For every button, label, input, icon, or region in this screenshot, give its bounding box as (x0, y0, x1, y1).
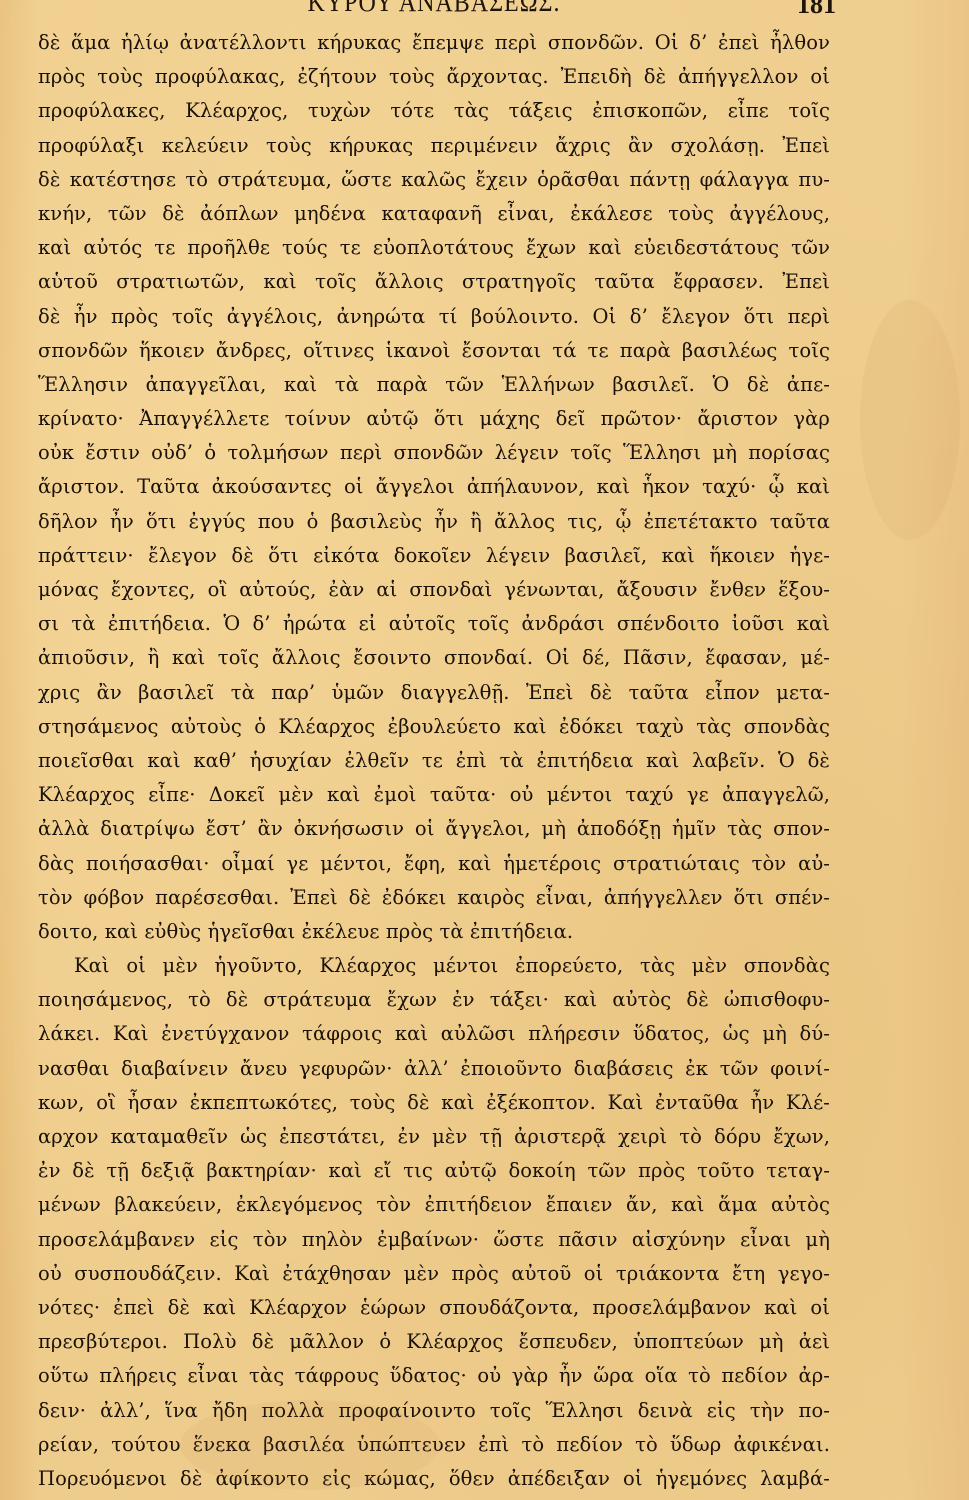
running-head: ΚΥΡΟΥ ΑΝΑΒΑΣΕΩΣ. 181 (38, 0, 830, 18)
book-page: ΚΥΡΟΥ ΑΝΑΒΑΣΕΩΣ. 181 δὲ ἅμα ἡλίῳ ἀνατέλλ… (38, 0, 830, 1496)
text-line: οὐ συσπουδάζειν. Καὶ ἐτάχθησαν μὲν πρὸς … (38, 1257, 830, 1291)
text-line: λάκει. Καὶ ἐνετύγχανον τάφροις καὶ αὐλῶσ… (38, 1017, 830, 1051)
text-line: οὐκ ἔστιν οὐδ’ ὁ τολμήσων περὶ σπονδῶν λ… (38, 436, 830, 470)
text-line: πρὸς τοὺς προφύλακας, ἐζήτουν τοὺς ἄρχον… (38, 60, 830, 94)
text-line: Πορευόμενοι δὲ ἀφίκοντο εἰς κώμας, ὅθεν … (38, 1462, 830, 1496)
text-line: δῆλον ἦν ὅτι ἐγγύς που ὁ βασιλεὺς ἦν ἢ ἄ… (38, 505, 830, 539)
text-line: μόνας ἔχοντες, οἳ αὐτούς, ἐὰν αἱ σπονδαὶ… (38, 573, 830, 607)
text-line: χρις ἂν βασιλεῖ τὰ παρ’ ὑμῶν διαγγελθῇ. … (38, 676, 830, 710)
text-line: ἀλλὰ διατρίψω ἔστ’ ἂν ὀκνήσωσιν οἱ ἄγγελ… (38, 812, 830, 846)
text-line: Κλέαρχος εἶπε· Δοκεῖ μὲν καὶ ἐμοὶ ταῦτα·… (38, 778, 830, 812)
text-line: σι τὰ ἐπιτήδεια. Ὁ δ’ ἠρώτα εἰ αὐτοῖς το… (38, 607, 830, 641)
text-line: ἐν δὲ τῇ δεξιᾷ βακτηρίαν· καὶ εἴ τις αὐτ… (38, 1154, 830, 1188)
text-line: ποιησάμενος, τὸ δὲ στράτευμα ἔχων ἐν τάξ… (38, 983, 830, 1017)
text-line: οὕτω πλήρεις εἶναι τὰς τάφρους ὕδατος· ο… (38, 1359, 830, 1393)
text-line: αρχον καταμαθεῖν ὡς ἐπεστάτει, ἐν μὲν τῇ… (38, 1120, 830, 1154)
running-title: ΚΥΡΟΥ ΑΝΑΒΑΣΕΩΣ. (38, 0, 830, 19)
text-line: νότες· ἐπεὶ δὲ καὶ Κλέαρχον ἑώρων σπουδά… (38, 1291, 830, 1325)
text-line: πράττειν· ἔλεγον δὲ ὅτι εἰκότα δοκοῖεν λ… (38, 539, 830, 573)
text-line: δὲ κατέστησε τὸ στράτευμα, ὥστε καλῶς ἔχ… (38, 163, 830, 197)
text-line: κνήν, τῶν δὲ ἀόπλων μηδένα καταφανῆ εἶνα… (38, 197, 830, 231)
paragraph-end-line: δοιτο, καὶ εὐθὺς ἡγεῖσθαι ἐκέλευε πρὸς τ… (38, 915, 830, 949)
text-line: κρίνατο· Ἀπαγγέλλετε τοίνυν αὐτῷ ὅτι μάχ… (38, 402, 830, 436)
paper-stain (860, 300, 960, 540)
text-line: ἄριστον. Ταῦτα ἀκούσαντες οἱ ἄγγελοι ἀπή… (38, 470, 830, 504)
text-line: στησάμενος αὐτοὺς ὁ Κλέαρχος ἐβουλεύετο … (38, 710, 830, 744)
text-line: προφύλακες, Κλέαρχος, τυχὼν τότε τὰς τάξ… (38, 94, 830, 128)
text-line: καὶ αὐτός τε προῆλθε τούς τε εὐοπλοτάτου… (38, 231, 830, 265)
text-line: ρείαν, τούτου ἕνεκα βασιλέα ὑπώπτευεν ἐπ… (38, 1428, 830, 1462)
paragraph-start-line: Καὶ οἱ μὲν ἡγοῦντο, Κλέαρχος μέντοι ἐπορ… (38, 949, 830, 983)
text-line: ποιεῖσθαι καὶ καθ’ ἡσυχίαν ἐλθεῖν τε ἐπὶ… (38, 744, 830, 778)
text-line: δὲ ἅμα ἡλίῳ ἀνατέλλοντι κήρυκας ἔπεμψε π… (38, 26, 830, 60)
text-line: προφύλαξι κελεύειν τοὺς κήρυκας περιμένε… (38, 129, 830, 163)
text-line: ἀπιοῦσιν, ἢ καὶ τοῖς ἄλλοις ἔσοιντο σπον… (38, 641, 830, 675)
text-line: δὰς ποιήσασθαι· οἶμαί γε μέντοι, ἔφη, κα… (38, 847, 830, 881)
text-line: προσελάμβανεν εἰς τὸν πηλὸν ἐμβαίνων· ὥσ… (38, 1223, 830, 1257)
text-line: δειν· ἀλλ’, ἵνα ἤδη πολλὰ προφαίνοιντο τ… (38, 1394, 830, 1428)
text-line: κων, οἳ ἦσαν ἐκπεπτωκότες, τοὺς δὲ καὶ ἐ… (38, 1086, 830, 1120)
text-line: πρεσβύτεροι. Πολὺ δὲ μᾶλλον ὁ Κλέαρχος ἔ… (38, 1325, 830, 1359)
text-line: δὲ ἦν πρὸς τοῖς ἀγγέλοις, ἀνηρώτα τί βού… (38, 300, 830, 334)
text-line: μένων βλακεύειν, ἐκλεγόμενος τὸν ἐπιτήδε… (38, 1188, 830, 1222)
body-text: δὲ ἅμα ἡλίῳ ἀνατέλλοντι κήρυκας ἔπεμψε π… (38, 26, 830, 1496)
text-line: Ἕλλησιν ἀπαγγεῖλαι, καὶ τὰ παρὰ τῶν Ἑλλή… (38, 368, 830, 402)
text-line: αὑτοῦ στρατιωτῶν, καὶ τοῖς ἄλλοις στρατη… (38, 265, 830, 299)
text-line: τὸν φόβον παρέσεσθαι. Ἐπεὶ δὲ ἐδόκει και… (38, 881, 830, 915)
page-number: 181 (797, 0, 836, 20)
text-line: νασθαι διαβαίνειν ἄνευ γεφυρῶν· ἀλλ’ ἐπο… (38, 1052, 830, 1086)
text-line: σπονδῶν ἥκοιεν ἄνδρες, οἵτινες ἱκανοὶ ἔσ… (38, 334, 830, 368)
